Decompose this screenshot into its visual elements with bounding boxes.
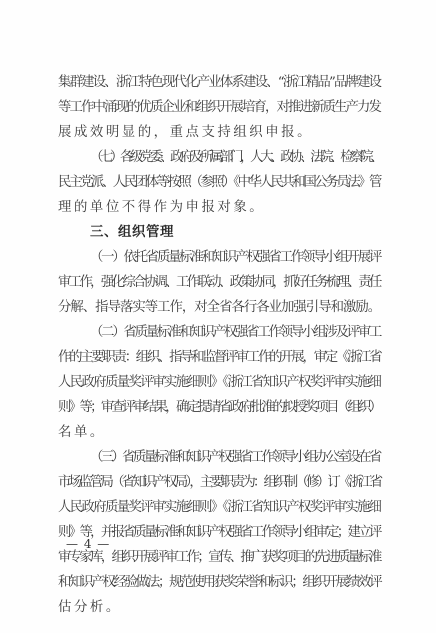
page-number: — 4 — [66, 537, 110, 551]
paragraph-item-2: （二）省质量标准和知识产权强省工作领导小组涉及评审工 [58, 320, 380, 345]
text-line: 理的单位不得作为申报对象。 [58, 195, 380, 220]
text-line: 展成效明显的，重点支持组织申报。 [58, 120, 380, 145]
paragraph-item-1: （一）依托省质量标准和知识产权强省工作领导小组开展评 [58, 245, 380, 270]
paragraph-item-7: （七）各级党委、政府及所属部门，人大、政协、法院、检察院、 [58, 145, 380, 170]
text-line: 则》等；审查评审结果，确定提请省政府批准的拟授奖项目（组织） [58, 395, 380, 420]
text-line: 等工作中涌现的优质企业和组织开展培育，对推进新质生产力发 [58, 95, 380, 120]
text-line: 人民政府质量奖评审实施细则》《浙江省知识产权奖评审实施细 [58, 370, 380, 395]
section-heading: 三、组织管理 [58, 220, 380, 245]
text-line: 作的主要职责：组织、指导和监督评审工作的开展，审定《浙江省 [58, 345, 380, 370]
paragraph-item-3: （三）省质量标准和知识产权强省工作领导小组办公室设在省 [58, 445, 380, 470]
text-line: 估分析。 [58, 595, 380, 620]
text-line: 名单。 [58, 420, 380, 445]
text-line: 审工作，强化综合协调、工作联动、政策协同，抓好任务梳理、责任 [58, 270, 380, 295]
text-line: 市场监管局（省知识产权局），主要职责为：组织制（修）订《浙江省 [58, 470, 380, 495]
text-line: 分解、指导落实等工作，对全省各行各业加强引导和激励。 [58, 295, 380, 320]
text-line: 民主党派、人民团体等按照（参照）《中华人民共和国公务员法》管 [58, 170, 380, 195]
text-line: 集群建设、浙江特色现代化产业体系建设、“浙江精品”品牌建设 [58, 70, 380, 95]
text-line: 和知识产权经验做法；规范使用获奖荣誉和标识；组织开展绩效评 [58, 570, 380, 595]
text-line: 人民政府质量奖评审实施细则》《浙江省知识产权奖评审实施细 [58, 495, 380, 520]
